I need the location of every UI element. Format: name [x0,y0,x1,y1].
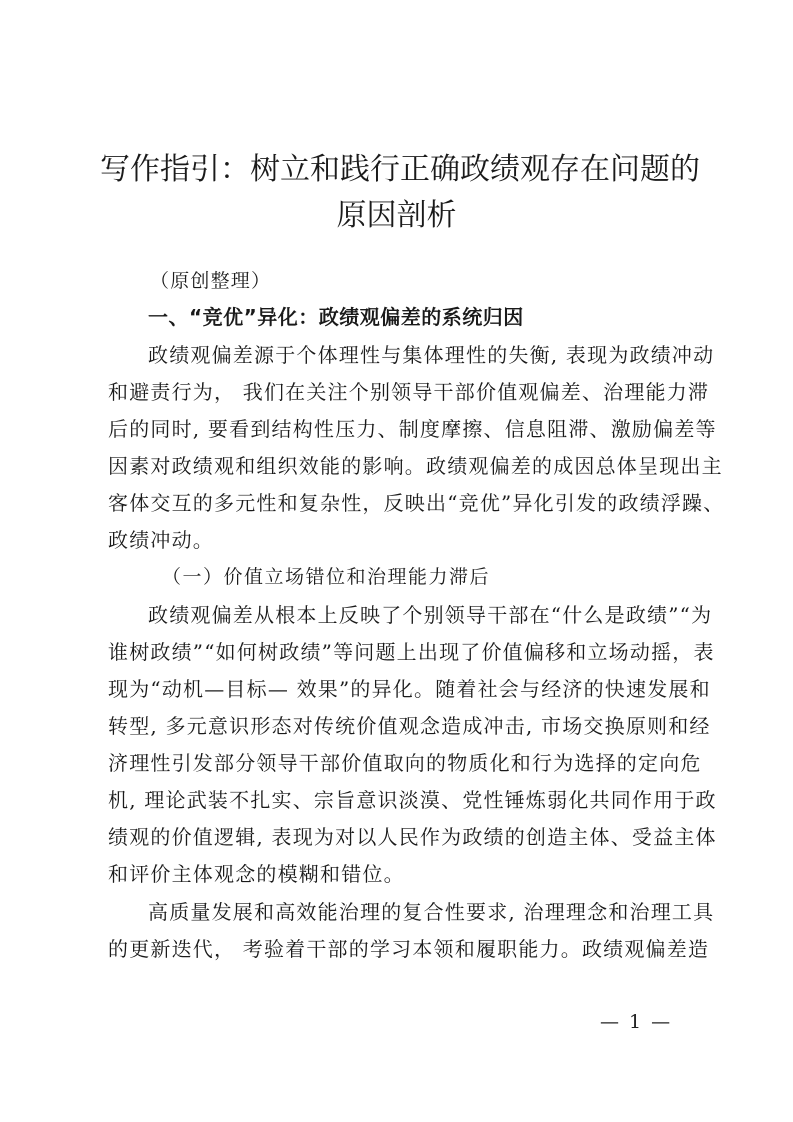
title-line-2: 原因剖析 [100,193,693,239]
para2-line: 绩观的价值逻辑, 表现为对以人民作为政绩的创造主体、受益主体 [108,819,688,856]
para1-line: 政绩冲动。 [108,522,688,559]
para2-line: 政绩观偏差从根本上反映了个别领导干部在“什么是政绩”“为 [148,597,688,634]
subsection-heading-1: （一）价值立场错位和治理能力滞后 [162,559,742,596]
section-heading-1: 一、“竞优”异化：政绩观偏差的系统归因 [148,299,728,336]
para1-line: 后的同时, 要看到结构性压力、制度摩擦、信息阻滞、激励偏差等 [108,411,688,448]
para2-line: 机, 理论武装不扎实、宗旨意识淡漠、党性锤炼弱化共同作用于政 [108,782,688,819]
para2-line: 转型, 多元意识形态对传统价值观念造成冲击, 市场交换原则和经 [108,708,688,745]
para3-line: 高质量发展和高效能治理的复合性要求, 治理理念和治理工具 [148,894,688,931]
para1-line: 客体交互的多元性和复杂性，反映出“竞优”异化引发的政绩浮躁、 [108,485,688,522]
para1-line: 政绩观偏差源于个体理性与集体理性的失衡, 表现为政绩冲动 [148,337,688,374]
para1-line: 和避责行为， 我们在关注个别领导干部价值观偏差、治理能力滞 [108,374,688,411]
title-line-1: 写作指引：树立和践行正确政绩观存在问题的 [100,147,693,193]
document-title: 写作指引：树立和践行正确政绩观存在问题的 原因剖析 [100,147,693,239]
document-page: 写作指引：树立和践行正确政绩观存在问题的 原因剖析 （原创整理） 一、“竞优”异… [0,0,793,1122]
para2-line: 济理性引发部分领导干部价值取向的物质化和行为选择的定向危 [108,745,688,782]
page-number: — 1 — [600,1011,672,1033]
source-note: （原创整理） [150,263,730,300]
para1-line: 因素对政绩观和组织效能的影响。政绩观偏差的成因总体呈现出主 [108,448,688,485]
para2-line: 现为“动机—目标— 效果”的异化。随着社会与经济的快速发展和 [108,671,688,708]
para2-line: 和评价主体观念的模糊和错位。 [108,856,688,893]
para2-line: 谁树政绩”“如何树政绩”等问题上出现了价值偏移和立场动摇，表 [108,634,688,671]
para3-line: 的更新迭代， 考验着干部的学习本领和履职能力。政绩观偏差造 [108,931,688,968]
